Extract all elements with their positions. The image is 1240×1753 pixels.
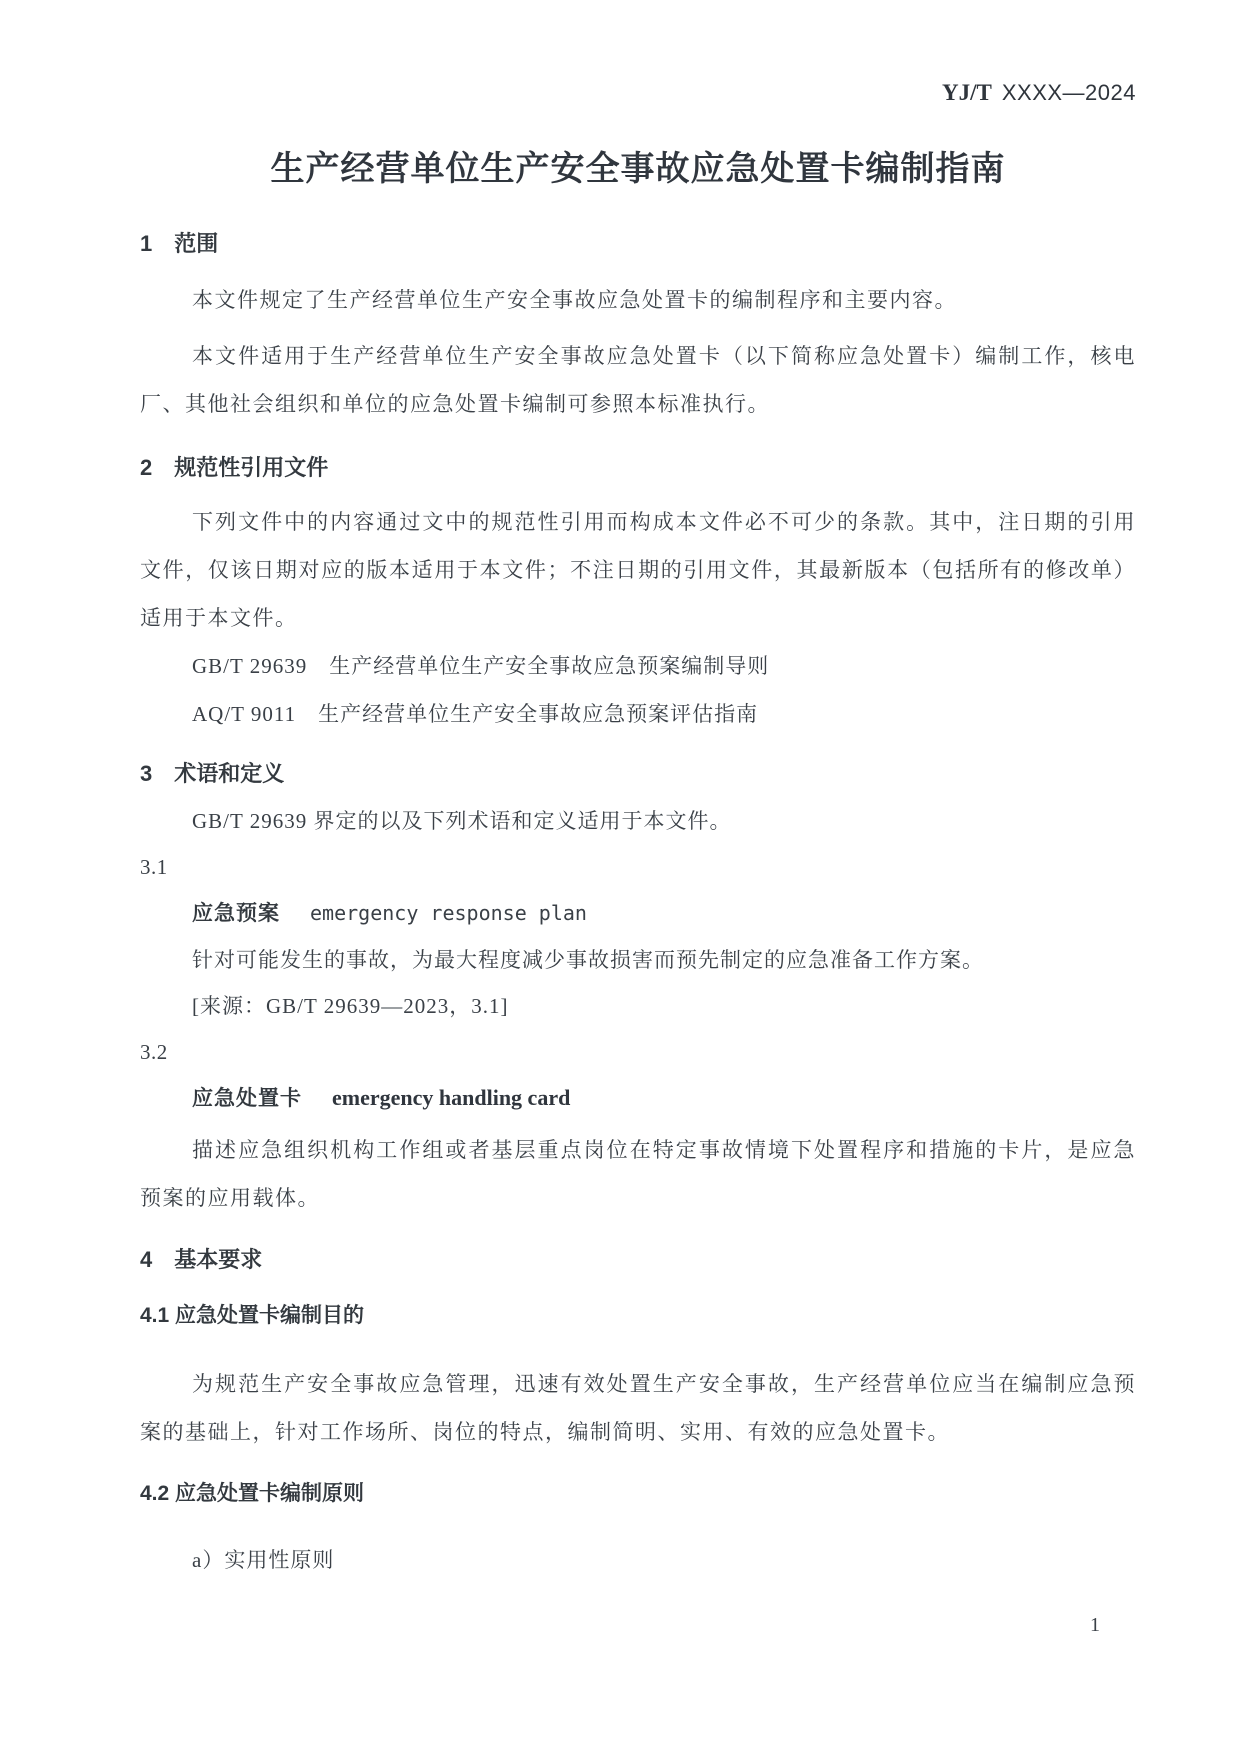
term-title: 应急处置卡 bbox=[192, 1087, 302, 1110]
paragraph: 本文件规定了生产经营单位生产安全事故应急处置卡的编制程序和主要内容。 bbox=[140, 276, 1136, 324]
terms-intro: GB/T 29639 界定的以及下列术语和定义适用于本文件。 bbox=[140, 798, 1136, 844]
term-entry: 应急处置卡emergency handling card bbox=[140, 1075, 1136, 1122]
document-title: 生产经营单位生产安全事故应急处置卡编制指南 bbox=[140, 146, 1136, 192]
paragraph: 下列文件中的内容通过文中的规范性引用而构成本文件必不可少的条款。其中，注日期的引… bbox=[140, 498, 1136, 642]
term-title: 应急预案 bbox=[192, 902, 280, 925]
term-number: 3.1 bbox=[140, 844, 1136, 890]
term-title-en: emergency handling card bbox=[332, 1085, 570, 1110]
section-4-heading: 4 基本要求 bbox=[140, 1236, 1136, 1284]
paragraph: 本文件适用于生产经营单位生产安全事故应急处置卡（以下简称应急处置卡）编制工作，核… bbox=[140, 332, 1136, 428]
subsection-4-2-heading: 4.2 应急处置卡编制原则 bbox=[140, 1470, 1136, 1518]
section-3-heading: 3 术语和定义 bbox=[140, 750, 1136, 798]
subsection-4-1-heading: 4.1 应急处置卡编制目的 bbox=[140, 1292, 1136, 1340]
standard-code: YJ/TXXXX—2024 bbox=[140, 80, 1136, 106]
document-page: YJ/TXXXX—2024 生产经营单位生产安全事故应急处置卡编制指南 1 范围… bbox=[0, 0, 1240, 1753]
standard-code-number: XXXX—2024 bbox=[1002, 80, 1136, 105]
reference-item: AQ/T 9011 生产经营单位生产安全事故应急预案评估指南 bbox=[140, 690, 1136, 738]
section-2-heading: 2 规范性引用文件 bbox=[140, 444, 1136, 492]
term-source: [来源：GB/T 29639—2023，3.1] bbox=[140, 983, 1136, 1029]
standard-code-prefix: YJ/T bbox=[942, 80, 992, 105]
list-item-a: a）实用性原则 bbox=[140, 1536, 1136, 1584]
page-number: 1 bbox=[140, 1612, 1136, 1638]
term-definition: 针对可能发生的事故，为最大程度减少事故损害而预先制定的应急准备工作方案。 bbox=[140, 937, 1136, 983]
term-number: 3.2 bbox=[140, 1029, 1136, 1075]
term-title-en: emergency response plan bbox=[310, 901, 587, 925]
term-entry: 应急预案emergency response plan bbox=[140, 890, 1136, 937]
term-definition: 描述应急组织机构工作组或者基层重点岗位在特定事故情境下处置程序和措施的卡片，是应… bbox=[140, 1126, 1136, 1222]
paragraph: 为规范生产安全事故应急管理，迅速有效处置生产安全事故，生产经营单位应当在编制应急… bbox=[140, 1360, 1136, 1456]
reference-item: GB/T 29639 生产经营单位生产安全事故应急预案编制导则 bbox=[140, 642, 1136, 690]
section-1-heading: 1 范围 bbox=[140, 220, 1136, 268]
